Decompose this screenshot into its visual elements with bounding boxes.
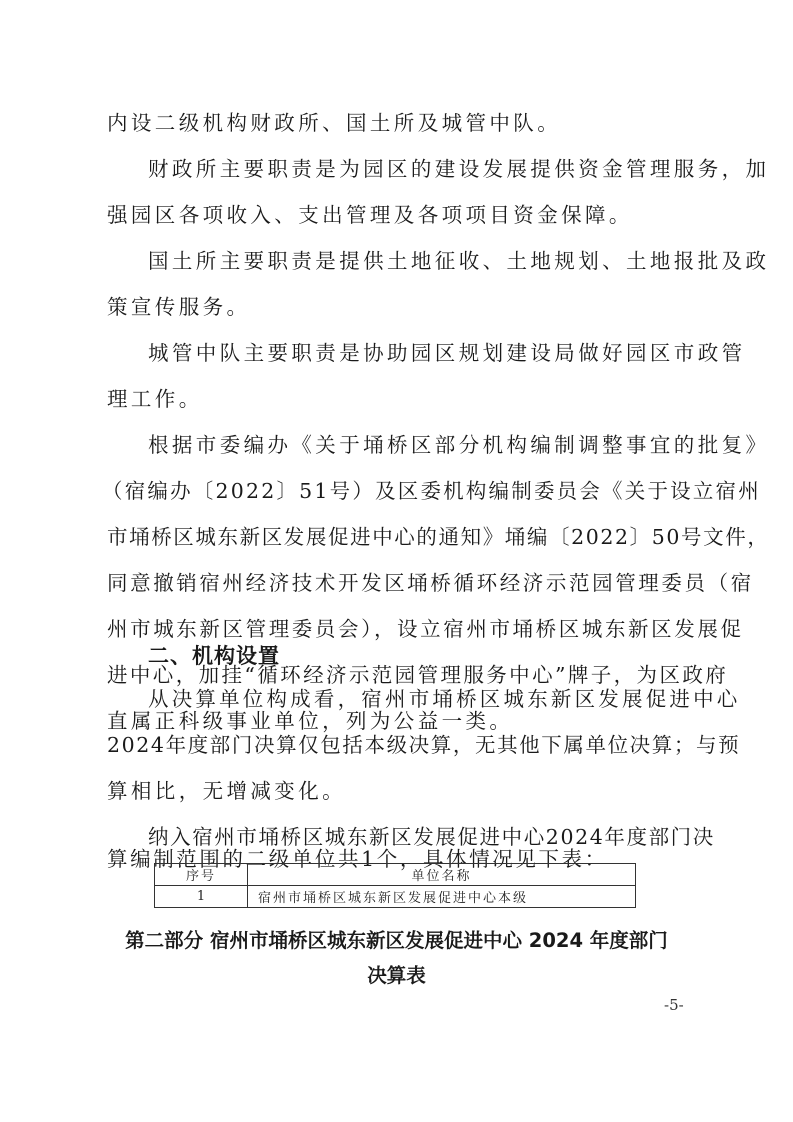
paragraph-line: 策宣传服务。	[107, 294, 250, 320]
cell-index: 1	[155, 886, 248, 908]
paragraph-line: 市埇桥区城东新区发展促进中心的通知》埇编〔2022〕50号文件，	[107, 524, 769, 550]
paragraph-line: 州市城东新区管理委员会），设立宿州市埇桥区城东新区发展促	[107, 616, 744, 642]
paragraph-line: 财政所主要职责是为园区的建设发展提供资金管理服务，加	[148, 156, 769, 182]
paragraph-line: 内设二级机构财政所、国土所及城管中队。	[107, 110, 561, 136]
part-title-line1: 第二部分 宿州市埇桥区城东新区发展促进中心 2024 年度部门	[0, 925, 793, 953]
part-title-line2: 决算表	[0, 960, 793, 988]
paragraph-line: 国土所主要职责是提供土地征收、土地规划、土地报批及政	[148, 248, 769, 274]
paragraph-line: 算相比，无增减变化。	[107, 778, 346, 804]
header-unit-name: 单位名称	[248, 864, 636, 886]
paragraph-line: 城管中队主要职责是协助园区规划建设局做好园区市政管	[148, 340, 746, 366]
paragraph-line: 同意撤销宿州经济技术开发区埇桥循环经济示范园管理委员（宿	[107, 570, 754, 596]
unit-table: 序号 单位名称 1 宿州市埇桥区城东新区发展促进中心本级	[154, 863, 636, 908]
paragraph-line: 理工作。	[107, 386, 203, 412]
paragraph-line: （宿编办〔2022〕51号）及区委机构编制委员会《关于设立宿州	[102, 478, 761, 504]
table-row: 1 宿州市埇桥区城东新区发展促进中心本级	[155, 886, 636, 908]
paragraph-line: 根据市委编办《关于埇桥区部分机构编制调整事宜的批复》	[148, 432, 769, 458]
page-number: -5-	[664, 996, 684, 1014]
header-index: 序号	[155, 864, 248, 886]
paragraph-line: 强园区各项收入、支出管理及各项项目资金保障。	[107, 202, 633, 228]
paragraph-line: 2024年度部门决算仅包括本级决算，无其他下属单位决算；与预	[107, 732, 740, 758]
table-header-row: 序号 单位名称	[155, 864, 636, 886]
paragraph-line: 从决算单位构成看，宿州市埇桥区城东新区发展促进中心	[148, 686, 741, 712]
section-heading: 二、机构设置	[148, 640, 280, 670]
cell-unit-name: 宿州市埇桥区城东新区发展促进中心本级	[248, 886, 636, 908]
